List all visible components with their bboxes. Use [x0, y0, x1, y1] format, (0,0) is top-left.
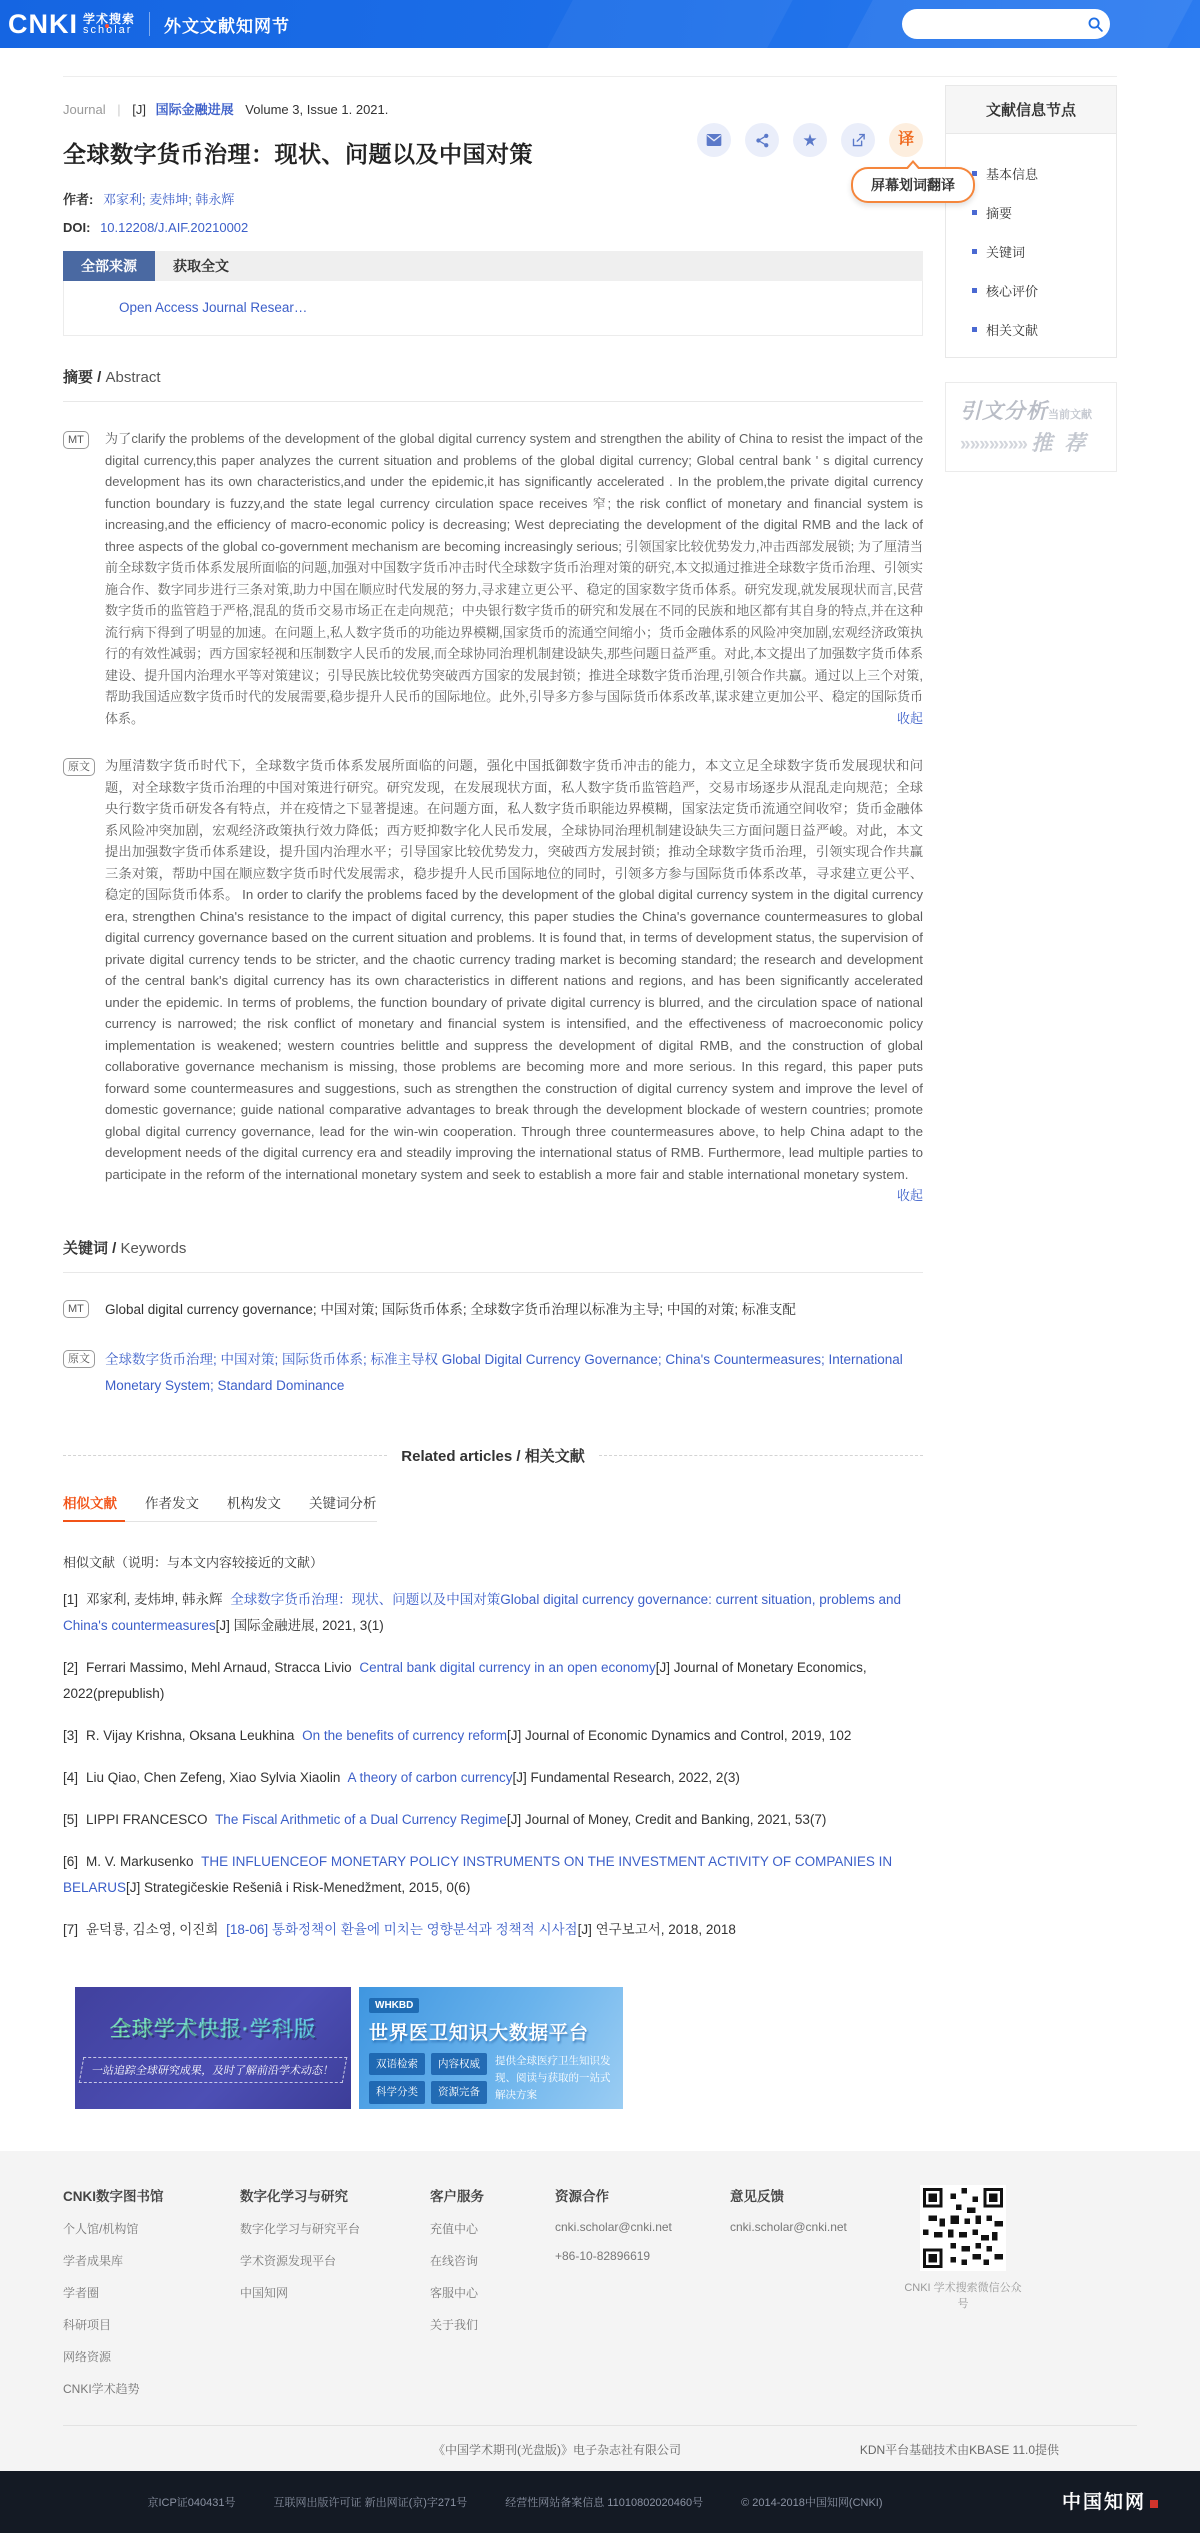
ref-source: [J] Strategičeskie Rešeniâ i Risk-Menedž… [126, 1880, 470, 1895]
tab-similar-articles[interactable]: 相似文献 [63, 1492, 117, 1512]
keywords-mt-text: Global digital currency governance; 中国对策… [105, 1297, 923, 1323]
citation-promo-line1: 引文分析当前文献 [960, 395, 1106, 425]
footer-link[interactable]: 科研项目 [63, 2316, 240, 2333]
ref-source: [J] 国际金融进展, 2021, 3(1) [216, 1618, 384, 1633]
action-icons: ★ 译 [697, 123, 923, 157]
ref-authors: Ferrari Massimo, Mehl Arnaud, Stracca Li… [86, 1660, 352, 1675]
tab-get-fulltext[interactable]: 获取全文 [155, 251, 247, 281]
abstract-orig-row: 原文 为厘清数字货币时代下，全球数字货币体系发展所面临的问题，强化中国抵御数字货… [63, 755, 923, 1207]
main-column: Journal | [J] 国际金融进展 Volume 3, Issue 1. … [63, 77, 923, 1943]
banner1-subtitle: 一站追踪全球研究成果，及时了解前沿学术动态！ [79, 2057, 348, 2083]
ref-number: [2] [63, 1660, 78, 1675]
reference-list: [1]邓家利, 麦炜坤, 韩永辉 全球数字货币治理：现状、问题以及中国对策Glo… [63, 1587, 923, 1943]
cnki-logo[interactable]: CNKI 学术搜索 scholar [8, 9, 135, 40]
dash-line-left [63, 1455, 387, 1456]
abstract-heading: 摘要 / Abstract [63, 366, 923, 387]
orig-badge: 原文 [63, 758, 95, 776]
footer-col-digital-learning: 数字化学习与研究 数字化学习与研究平台 学术资源发现平台 中国知网 [240, 2185, 430, 2397]
chevrons-icon: »»»»»»» [960, 434, 1027, 455]
doc-info-nodes-list: 基本信息 摘要 关键词 核心评价 [946, 134, 1116, 357]
citation-analysis-promo[interactable]: 引文分析当前文献 »»»»»»» 推 荐 [945, 382, 1117, 472]
reference-item: [2]Ferrari Massimo, Mehl Arnaud, Stracca… [63, 1655, 923, 1707]
content-row: Journal | [J] 国际金融进展 Volume 3, Issue 1. … [63, 76, 1117, 1943]
banner2-description: 提供全球医疗卫生知识发现、阅读与获取的一站式解决方案 [495, 2053, 613, 2104]
banner2-badges: 双语检索 内容权威 科学分类 资源完备 [369, 2053, 487, 2104]
reference-item: [1]邓家利, 麦炜坤, 韩永辉 全球数字货币治理：现状、问题以及中国对策Glo… [63, 1587, 923, 1639]
keywords-orig-row: 原文 全球数字货币治理; 中国对策; 国际货币体系; 标准主导权 Global … [63, 1347, 923, 1399]
issue-info: Volume 3, Issue 1. 2021. [245, 102, 388, 117]
sidebar-item-label: 基本信息 [986, 164, 1038, 183]
page: CNKI 学术搜索 scholar 外文文献知网节 [0, 0, 1200, 2533]
reference-item: [5]LIPPI FRANCESCO The Fiscal Arithmetic… [63, 1807, 923, 1833]
reference-item: [6]M. V. Markusenko THE INFLUENCEOF MONE… [63, 1849, 923, 1901]
bullet-icon [972, 327, 977, 332]
footer-link[interactable]: 个人馆/机构馆 [63, 2220, 240, 2237]
qr-code [920, 2185, 1006, 2271]
cnki-wordmark: 中国知网 [1062, 2487, 1158, 2514]
dash-line-right [599, 1455, 923, 1456]
ref-source: [J] Journal of Money, Credit and Banking… [507, 1812, 826, 1827]
footer-col-resource-cooperation: 资源合作 cnki.scholar@cnki.net +86-10-828966… [555, 2185, 730, 2397]
banner-whkbd[interactable]: WHKBD 世界医卫知识大数据平台 双语检索 内容权威 科学分类 资源完备 提供… [359, 1987, 623, 2109]
ref-title-link[interactable]: The Fiscal Arithmetic of a Dual Currency… [215, 1812, 507, 1827]
ref-number: [5] [63, 1812, 78, 1827]
footer-col-title: 数字化学习与研究 [240, 2185, 430, 2205]
keywords-divider [63, 1272, 923, 1273]
citation-promo-small: 当前文献 [1048, 409, 1092, 421]
keywords-heading: 关键词 / Keywords [63, 1237, 923, 1258]
banner2-title: 世界医卫知识大数据平台 [369, 2018, 613, 2045]
keywords-heading-slash: / [108, 1240, 121, 1257]
doi-link[interactable]: 10.12208/J.AIF.20210002 [100, 220, 248, 235]
footer-link[interactable]: 学者圈 [63, 2284, 240, 2301]
footer-col-title: 资源合作 [555, 2185, 730, 2205]
ref-source: [J] Fundamental Research, 2022, 2(3) [513, 1770, 740, 1785]
share-button[interactable] [745, 123, 779, 157]
doi-line: DOI: 10.12208/J.AIF.20210002 [63, 220, 923, 235]
abstract-mt-text: 为了clarify the problems of the developmen… [105, 431, 923, 726]
footer-link[interactable]: 关于我们 [430, 2316, 555, 2333]
footer-link[interactable]: 学者成果库 [63, 2252, 240, 2269]
bullet-icon [972, 249, 977, 254]
cnki-logo-text: CNKI [8, 9, 78, 40]
sidebar-item-core-evaluation[interactable]: 核心评价 [972, 281, 1116, 300]
mt-badge-col: MT [63, 428, 105, 729]
banner2-tag: WHKBD [369, 1998, 419, 2013]
doc-type-tag: [J] [132, 102, 146, 117]
citation-promo-big: 引文分析 [960, 400, 1048, 423]
ref-authors: LIPPI FRANCESCO [86, 1812, 208, 1827]
journal-name-link[interactable]: 国际金融进展 [156, 102, 234, 117]
bottom-bar: 京ICP证040431号 互联网出版许可证 新出网证(京)字271号 经营性网站… [0, 2471, 1200, 2533]
sidebar-item-keywords[interactable]: 关键词 [972, 242, 1116, 261]
open-access-link[interactable]: Open Access Journal Resear… [119, 300, 307, 315]
abstract-heading-slash: / [93, 369, 106, 386]
search-icon [1087, 16, 1104, 33]
footer-email-link[interactable]: cnki.scholar@cnki.net [555, 2220, 730, 2234]
mt-badge-col: MT [63, 1297, 105, 1323]
banner2-badge: 双语检索 [369, 2053, 425, 2076]
orig-badge-col: 原文 [63, 755, 105, 1207]
footer-bottom-row: 《中国学术期刊(光盘版)》电子杂志社有限公司 KDN平台基础技术由KBASE 1… [63, 2425, 1137, 2471]
footer-phone[interactable]: +86-10-82896619 [555, 2249, 730, 2263]
footer-col-title: CNKI数字图书馆 [63, 2185, 240, 2205]
abstract-orig-text-block: 为厘清数字货币时代下，全球数字货币体系发展所面临的问题，强化中国抵御数字货币冲击… [105, 755, 923, 1207]
logo-sub-en: scholar [83, 25, 135, 36]
abstract-divider [63, 401, 923, 402]
ref-number: [1] [63, 1592, 78, 1607]
ref-title-link[interactable]: A theory of carbon currency [347, 1770, 512, 1785]
reference-item: [4]Liu Qiao, Chen Zefeng, Xiao Sylvia Xi… [63, 1765, 923, 1791]
keywords-heading-en: Keywords [121, 1240, 187, 1257]
ref-source: [J] Journal of Economic Dynamics and Con… [507, 1728, 851, 1743]
export-button[interactable] [841, 123, 875, 157]
source-panel: Open Access Journal Resear… [63, 281, 923, 336]
email-icon [706, 133, 722, 147]
ref-source: [J] 연구보고서, 2018, 2018 [578, 1922, 736, 1937]
export-icon [851, 133, 866, 148]
keywords-heading-zh: 关键词 [63, 1240, 108, 1257]
sidebar-item-related-articles[interactable]: 相关文献 [972, 320, 1116, 339]
collapse-link[interactable]: 收起 [897, 708, 923, 730]
cnki-logo-sub: 学术搜索 scholar [83, 13, 135, 36]
footer-columns: CNKI数字图书馆 个人馆/机构馆 学者成果库 学者圈 科研项目 网络资源 CN… [63, 2185, 1200, 2397]
related-heading: Related articles / 相关文献 [63, 1445, 923, 1466]
orig-badge-col: 原文 [63, 1347, 105, 1399]
ref-number: [4] [63, 1770, 78, 1785]
sidebar-item-basic-info[interactable]: 基本信息 [972, 164, 1116, 183]
footer-link[interactable]: 网络资源 [63, 2348, 240, 2365]
qr-caption: CNKI 学术搜索微信公众号 [903, 2279, 1023, 2311]
logo-divider [149, 12, 150, 36]
keywords-orig-links[interactable]: 全球数字货币治理; 中国对策; 国际货币体系; 标准主导权 Global Dig… [105, 1347, 923, 1399]
copyright: © 2014-2018中国知网(CNKI) [741, 2494, 882, 2510]
translate-icon: 译 [898, 132, 914, 148]
favorite-button[interactable]: ★ [793, 123, 827, 157]
related-heading-text: Related articles / 相关文献 [387, 1445, 598, 1466]
authors-label: 作者: [63, 192, 93, 207]
footer-company: 《中国学术期刊(光盘版)》电子杂志社有限公司 [433, 2441, 681, 2458]
citation-promo-recommend: 推 荐 [1031, 432, 1088, 455]
source-tabs: 全部来源 获取全文 [63, 251, 923, 281]
tab-all-sources[interactable]: 全部来源 [63, 251, 155, 281]
footer-col-title: 意见反馈 [730, 2185, 880, 2205]
mt-badge: MT [63, 431, 89, 449]
footer-link[interactable]: 在线咨询 [430, 2252, 555, 2269]
banner2-badge: 内容权威 [431, 2053, 487, 2076]
logo-sub-zh: 学术搜索 [83, 13, 135, 25]
banner-global-academic-express[interactable]: 全球学术快报·学科版 一站追踪全球研究成果，及时了解前沿学术动态！ [75, 1987, 351, 2109]
related-tabs: 相似文献 作者发文 机构发文 关键词分析 [63, 1492, 377, 1522]
banner1-title: 全球学术快报·学科版 [75, 2013, 351, 2043]
abstract-heading-zh: 摘要 [63, 369, 93, 386]
site-footer: CNKI数字图书馆 个人馆/机构馆 学者成果库 学者圈 科研项目 网络资源 CN… [0, 2151, 1200, 2471]
tab-institution-articles[interactable]: 机构发文 [227, 1492, 281, 1512]
orig-badge: 原文 [63, 1350, 95, 1368]
tab-author-articles[interactable]: 作者发文 [145, 1492, 199, 1512]
ref-authors: R. Vijay Krishna, Oksana Leukhina [86, 1728, 294, 1743]
ref-number: [7] [63, 1922, 78, 1937]
reference-item: [3]R. Vijay Krishna, Oksana Leukhina On … [63, 1723, 923, 1749]
separator: | [117, 102, 120, 117]
footer-email-link[interactable]: cnki.scholar@cnki.net [730, 2220, 880, 2234]
authors-line: 作者: 邓家利; 麦炜坤; 韩永辉 [63, 189, 923, 208]
citation-promo-line2: »»»»»»» 推 荐 [960, 427, 1106, 457]
page-title: 外文文献知网节 [164, 12, 290, 37]
ref-authors: 邓家利, 麦炜坤, 韩永辉 [86, 1592, 223, 1607]
sidebar-item-label: 核心评价 [986, 281, 1038, 300]
footer-col-feedback: 意见反馈 cnki.scholar@cnki.net [730, 2185, 880, 2397]
doc-type-label: Journal [63, 102, 106, 117]
content-wrap: Journal | [J] 国际金融进展 Volume 3, Issue 1. … [0, 76, 1200, 1943]
sidebar-item-label: 相关文献 [986, 320, 1038, 339]
ref-authors: 윤덕룡, 김소영, 이진희 [86, 1922, 218, 1937]
doc-info-nodes-box: 文献信息节点 基本信息 摘要 关键词 [945, 85, 1117, 358]
abstract-mt-text-block: 为了clarify the problems of the developmen… [105, 428, 923, 729]
document-head: Journal | [J] 国际金融进展 Volume 3, Issue 1. … [63, 77, 923, 336]
search-input[interactable] [902, 17, 1080, 31]
footer-link[interactable]: 充值中心 [430, 2220, 555, 2237]
star-icon: ★ [802, 132, 817, 149]
footer-link[interactable]: 数字化学习与研究平台 [240, 2220, 430, 2237]
translate-button[interactable]: 译 [889, 123, 923, 157]
reference-item: [7]윤덕룡, 김소영, 이진희 [18-06] 통화정책이 환율에 미치는 영… [63, 1917, 923, 1943]
bottom-bar-links: 京ICP证040431号 互联网出版许可证 新出网证(京)字271号 经营性网站… [147, 2494, 1052, 2510]
keywords-mt-row: MT Global digital currency governance; 中… [63, 1297, 923, 1323]
ref-title-link[interactable]: Central bank digital currency in an open… [359, 1660, 655, 1675]
publish-license: 互联网出版许可证 新出网证(京)字271号 [274, 2494, 468, 2510]
tab-keyword-analysis[interactable]: 关键词分析 [309, 1492, 377, 1512]
banner2-badge: 科学分类 [369, 2081, 425, 2104]
doi-label: DOI: [63, 220, 90, 235]
banner-row: 全球学术快报·学科版 一站追踪全球研究成果，及时了解前沿学术动态！ WHKBD … [0, 1987, 1200, 2109]
ref-authors: M. V. Markusenko [86, 1854, 194, 1869]
footer-link[interactable]: 客服中心 [430, 2284, 555, 2301]
email-button[interactable] [697, 123, 731, 157]
share-icon [755, 133, 770, 148]
bullet-icon [972, 288, 977, 293]
sidebar-item-label: 摘要 [986, 203, 1012, 222]
footer-col-digital-library: CNKI数字图书馆 个人馆/机构馆 学者成果库 学者圈 科研项目 网络资源 CN… [63, 2185, 240, 2397]
search-button[interactable] [1080, 9, 1110, 39]
sidebar: 文献信息节点 基本信息 摘要 关键词 [945, 85, 1117, 1943]
mt-badge: MT [63, 1300, 89, 1318]
top-header: CNKI 学术搜索 scholar 外文文献知网节 [0, 0, 1200, 48]
banner2-badge: 资源完备 [431, 2081, 487, 2104]
sidebar-item-label: 关键词 [986, 242, 1025, 261]
abstract-mt-row: MT 为了clarify the problems of the develop… [63, 428, 923, 729]
authors-links[interactable]: 邓家利; 麦炜坤; 韩永辉 [103, 192, 234, 207]
website-record: 经营性网站备案信息 11010802020460号 [505, 2494, 703, 2510]
ref-authors: Liu Qiao, Chen Zefeng, Xiao Sylvia Xiaol… [86, 1770, 340, 1785]
ref-number: [3] [63, 1728, 78, 1743]
doc-info-nodes-title: 文献信息节点 [946, 86, 1116, 134]
ref-title-link[interactable]: [18-06] 통화정책이 환율에 미치는 영향분석과 정책적 시사점 [226, 1922, 577, 1937]
abstract-orig-text: 为厘清数字货币时代下，全球数字货币体系发展所面临的问题，强化中国抵御数字货币冲击… [105, 758, 923, 1182]
sidebar-item-abstract[interactable]: 摘要 [972, 203, 1116, 222]
qr-block: CNKI 学术搜索微信公众号 [920, 2185, 1023, 2397]
footer-col-customer-service: 客户服务 充值中心 在线咨询 客服中心 关于我们 [430, 2185, 555, 2397]
footer-kdn-note: KDN平台基础技术由KBASE 11.0提供 [860, 2441, 1059, 2458]
abstract-heading-en: Abstract [106, 369, 161, 386]
footer-link[interactable]: 中国知网 [240, 2284, 430, 2301]
search-box [902, 9, 1110, 39]
bullet-icon [972, 210, 977, 215]
footer-col-title: 客户服务 [430, 2185, 555, 2205]
journal-line: Journal | [J] 国际金融进展 Volume 3, Issue 1. … [63, 99, 923, 118]
related-note: 相似文献（说明：与本文内容较接近的文献） [63, 1552, 923, 1571]
icp-license: 京ICP证040431号 [147, 2494, 235, 2510]
ref-title-link[interactable]: On the benefits of currency reform [302, 1728, 507, 1743]
footer-link[interactable]: 学术资源发现平台 [240, 2252, 430, 2269]
collapse-link[interactable]: 收起 [897, 1185, 923, 1207]
banner2-body: 双语检索 内容权威 科学分类 资源完备 提供全球医疗卫生知识发现、阅读与获取的一… [369, 2053, 613, 2104]
ref-number: [6] [63, 1854, 78, 1869]
translate-tooltip: 屏幕划词翻译 [851, 167, 975, 203]
footer-link[interactable]: CNKI学术趋势 [63, 2380, 240, 2397]
